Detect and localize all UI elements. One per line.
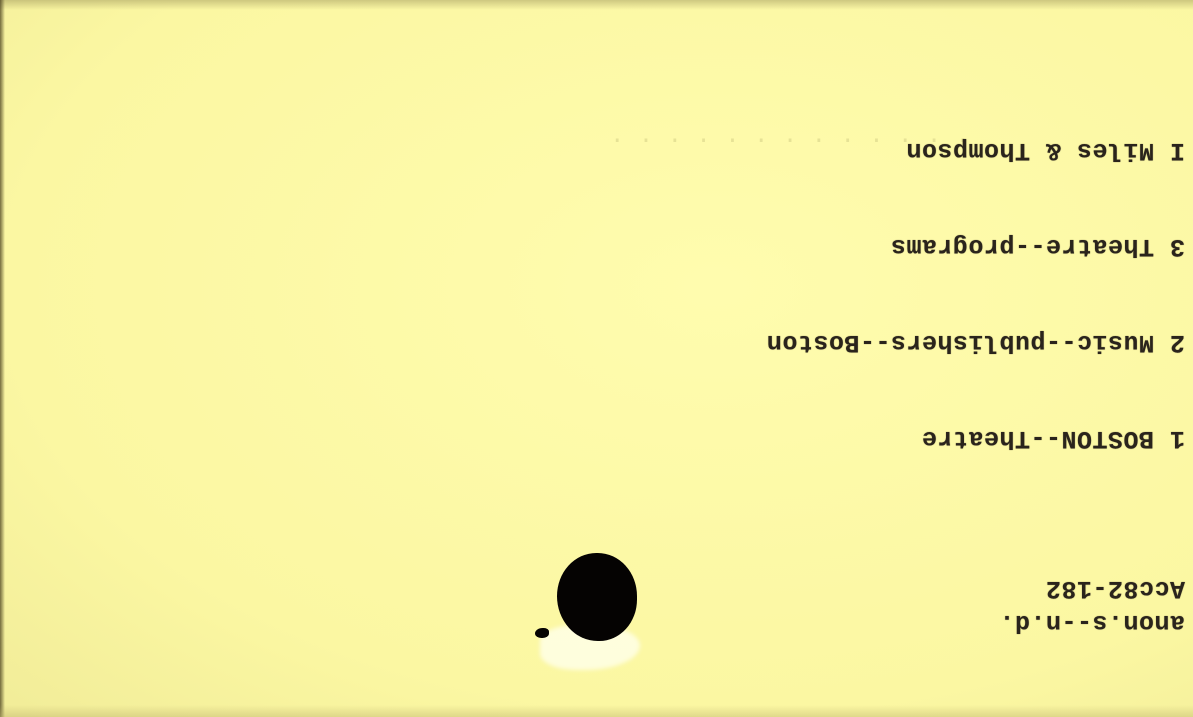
catalog-card: · · · · · · · · · · · · · anon.s--n.d. A…	[0, 0, 1193, 717]
tracing-1: 1 BOSTON--Theatre	[766, 419, 1185, 457]
tracing-3: 3 Theatre--programs	[766, 227, 1185, 265]
main-entry: anon.s--n.d.	[999, 608, 1185, 637]
card-text-rotated: anon.s--n.d. Acc82-182 1 BOSTON--Theatre…	[0, 0, 1193, 717]
tracing-2: 2 Music--publishers--Boston	[766, 323, 1185, 361]
call-number: Acc82-182	[1045, 574, 1185, 603]
tracings: 1 BOSTON--Theatre 2 Music--publishers--B…	[766, 73, 1185, 515]
tracing-added-entry: I Miles & Thompson	[766, 131, 1185, 169]
